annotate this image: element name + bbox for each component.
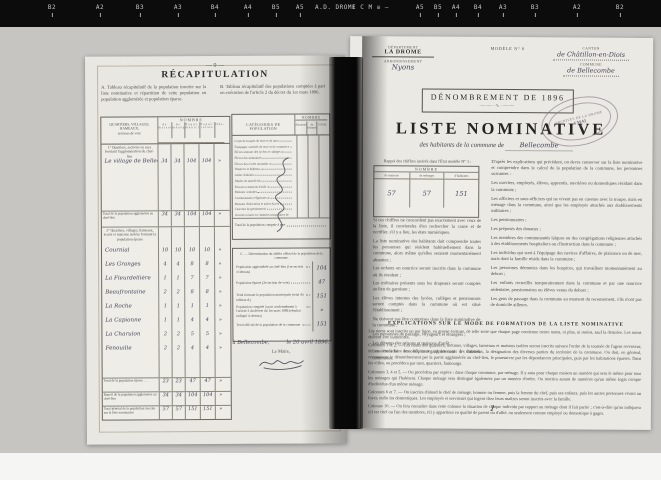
ruler-label: B2 [48, 4, 56, 11]
subcol-municipale: Popul. municipale [184, 122, 199, 138]
cell-value: 5 [199, 331, 214, 345]
category-label: Hospices et hôpitaux [235, 167, 261, 171]
name-header-line1: QUARTIERS, VILLAGES, HAMEAUX, [101, 122, 157, 131]
cell-value: 8 [184, 261, 199, 275]
category-label: Communautés religieuses [235, 196, 267, 200]
explications-paragraphs: Les noms sont inscrits un par ligne, en … [368, 328, 642, 417]
table-a-header: QUARTIERS, VILLAGES, HAMEAUX, sections d… [101, 117, 229, 145]
cell-value: » [214, 331, 225, 345]
subcol-totale: Popul. totale [199, 122, 214, 138]
fine-print-paragraph: Les pensionnaires ; [491, 217, 642, 224]
cell-value: 10 [158, 247, 171, 261]
cell-value: » [215, 378, 226, 391]
rappel-title: Rappel des chiffres insérés dans l'État … [373, 158, 481, 164]
fine-print-paragraph: Les gens de passage dans la commune au m… [491, 295, 642, 308]
signature-place: à Bellecombe, [232, 340, 269, 346]
cell-value: 1 [158, 317, 171, 331]
explication-paragraph: Colonnes 3, 4 et 5. — On procédera par e… [368, 369, 641, 388]
spacer-row [102, 174, 230, 211]
cell-value: 4 [184, 345, 199, 359]
table-row: Le village de Bellecombe 34 34 104 104 » [102, 158, 230, 175]
category-label: Élèves des séminaires [235, 156, 262, 160]
commune-value: de Bellecombe [563, 66, 619, 76]
fine-print-paragraph: Les militaires présents sous les drapeau… [373, 280, 481, 293]
ruler-label: A3 [499, 4, 507, 11]
spacer-row [103, 359, 231, 378]
cell-value: » [214, 289, 225, 303]
fine-print-paragraph: Les personnes démunies dans les hospices… [491, 265, 642, 278]
ornament-flourish: ——·∿·—— [480, 103, 515, 109]
ruler-label: B4 [211, 4, 219, 11]
hamlet-name: Les Granges [102, 261, 158, 275]
row-label: Population agglomérée au chef-lieu (1re … [236, 265, 304, 273]
cell-value: 5 [184, 331, 199, 345]
cell-value: 2 [171, 331, 184, 345]
category-label: Corps de troupes de terre et de mer [234, 139, 277, 143]
cell-value: 34 [171, 211, 184, 226]
cell-value: 151 [443, 180, 478, 208]
right-page-liste-nominative: DÉPARTEMENT LA DROME ARRONDISSEMENT Nyon… [348, 36, 653, 430]
cell-value: 47 [200, 378, 215, 391]
category-label: Maisons centrales [235, 190, 257, 194]
row-label: Total officiel de la population de la co… [236, 323, 300, 327]
table-row: La Fleurdellière 1 1 7 7 » [102, 275, 230, 290]
cell-value: » [214, 303, 225, 317]
ruler-label: B3 [136, 4, 144, 11]
cell-value: 34 [159, 392, 172, 405]
hamlet-name: La Roche [102, 303, 158, 317]
explications-body: Les noms sont inscrits un par ligne, en … [368, 328, 642, 414]
table-row: La Roche 1 1 1 1 » [102, 303, 230, 318]
cell-value: 1 [171, 317, 184, 331]
subcol-habitants: d'habitants [444, 173, 479, 179]
cell-value: 34 [172, 392, 185, 405]
ruler-label: A5 [416, 4, 424, 11]
mayor-signature [255, 355, 307, 371]
subcol-obs: Obs. [214, 122, 224, 138]
fine-print-paragraph: Les élèves internes des lycées, collèges… [373, 295, 481, 314]
table-a-quartiers: QUARTIERS, VILLAGES, HAMEAUX, sections d… [100, 116, 232, 421]
total-row: Total général de la population inscrite … [103, 405, 231, 420]
cell-value: 10 [171, 247, 184, 261]
cell-value: 2 [158, 345, 171, 359]
cell-value: 2 [158, 289, 171, 303]
fine-print-paragraph: Les enfants recueillis temporairement da… [491, 280, 642, 293]
fine-print-paragraph: Les membres des communautés laïques ou d… [491, 235, 642, 248]
cell-value: 4 [184, 317, 199, 331]
cell-value: 151 [185, 406, 200, 419]
hamlet-name: Beaufrontaine [102, 289, 158, 303]
note-a: A. Tableau récapitulatif de la populatio… [101, 84, 206, 103]
scale-label: I C M ≡ — [352, 4, 389, 11]
fine-print-paragraph: Les préposés des douanes ; [491, 226, 642, 233]
nombre-header: NOMBRE de maisons de ménages Popul. muni… [157, 117, 224, 143]
cell-value: 104 [184, 211, 199, 226]
explication-paragraph: Colonnes 1 et 2. — Les noms des quartier… [368, 343, 641, 368]
cell-value: 2 [171, 289, 184, 303]
ruler-label: A3 [174, 4, 182, 11]
total-agglomerated-row: Total de la population agglomérée au che… [102, 210, 230, 228]
total-label: Total général de la population inscrite … [103, 406, 159, 419]
table-row: Fenouille 2 2 4 4 » [102, 345, 230, 360]
hamlet-name: La Fleurdellière [102, 275, 158, 289]
table-row: Beaufrontaine 2 2 8 8 » [102, 289, 230, 304]
explication-paragraph: Colonne 10. — On fera connaître dans cet… [368, 404, 641, 418]
cell-value: 57 [172, 406, 185, 419]
category-label: Dépôts de mendicité [235, 179, 260, 183]
cell-value: 57 [159, 406, 172, 419]
cell-value: 1 [158, 303, 171, 317]
cell-value: 4 [171, 261, 184, 275]
cell-value: 104 [185, 392, 200, 405]
table-a-agglomerated-rows: Le village de Bellecombe 34 34 104 104 » [102, 158, 230, 175]
cell-value: 4 [199, 317, 214, 331]
cell-value: 34 [158, 211, 171, 226]
fine-print-paragraph: Si ces chiffres ne concordent pas exacte… [373, 217, 481, 236]
total-row: Total de la population éparse . . . . 23… [103, 377, 231, 392]
fine-print-paragraph: Les ouvriers, employés, élèves, apprenti… [491, 180, 642, 193]
gutter-shadow-right-page [360, 36, 388, 428]
table-row: Cournial 10 10 10 10 » [102, 247, 230, 262]
explication-paragraph: Les noms sont inscrits un par ligne, en … [368, 328, 641, 342]
rappel-table: NOMBRE de maisons de ménages d'habitants… [373, 165, 479, 218]
cell-value: 23 [159, 378, 172, 391]
cell-value: 104 [199, 158, 214, 174]
cell-value: 1 [184, 303, 199, 317]
fine-print-paragraph: D'après les explications qui précèdent, … [491, 159, 642, 178]
handwritten-brace-mark [267, 156, 297, 236]
cell-value: » [214, 247, 225, 261]
table-a-grand-totals: Total de la population éparse . . . . 23… [103, 377, 231, 420]
section2-label: 2° Quartiers, villages, hameaux, écarts … [102, 227, 158, 247]
ruler-label: B5 [272, 4, 280, 11]
ruler-label: A2 [96, 4, 104, 11]
ruler-label: A4 [452, 4, 460, 11]
left-column: Rappel des chiffres insérés dans l'État … [372, 158, 481, 317]
table-a-sparse-rows: Cournial 10 10 10 10 » Les Granges 4 4 8… [102, 247, 231, 360]
cell-value: 10 [199, 247, 214, 261]
cell-value: 8 [184, 289, 199, 303]
cell-value: 10 [184, 247, 199, 261]
cell-value: » [214, 211, 225, 226]
cell-value: 23 [172, 378, 185, 391]
cell-value: 104 [184, 158, 199, 174]
intro-notes: A. Tableau récapitulatif de la populatio… [101, 83, 325, 103]
canton-value: de Châtillon-en-Diois [553, 50, 629, 60]
cell-value: 2 [158, 331, 171, 345]
table-row: La Capionne 1 1 4 4 » [102, 317, 230, 332]
table-a-name-header: QUARTIERS, VILLAGES, HAMEAUX, sections d… [101, 117, 157, 143]
cell-value: » [214, 261, 225, 275]
cell-value: 1 [158, 275, 171, 289]
subtitle-prefix: des habitants de la commune de [420, 142, 504, 150]
section1-row: 1° Quartiers, sections ou rues formant l… [101, 144, 229, 159]
hamlet-name: Cournial [102, 247, 158, 261]
book-gutter-shadow [329, 57, 363, 429]
total-label: Total de la population éparse . . . . [103, 378, 159, 391]
cell-value: 34 [158, 158, 171, 174]
ruler-label: A5 [296, 4, 304, 11]
row-label: Population éparse (2e section de vote) [236, 281, 289, 285]
subcol-maisons: de maisons [158, 122, 171, 138]
ruler-label: A4 [244, 4, 252, 11]
name-header-line2: sections de vote [101, 131, 157, 136]
cell-value: » [214, 345, 225, 359]
cell-value: 151 [200, 406, 215, 419]
right-column-paragraphs: D'après les explications qui précèdent, … [491, 159, 643, 309]
right-page-header: DÉPARTEMENT LA DROME ARRONDISSEMENT Nyon… [372, 45, 643, 91]
cell-value: 7 [199, 275, 214, 289]
cell-value: 57 [409, 179, 444, 207]
fine-print-paragraph: La liste nominative des habitants doit c… [373, 238, 481, 263]
subcol-menages: de ménages [409, 172, 444, 178]
ruler-label: B3 [531, 4, 539, 11]
table-row: Les Granges 4 4 8 8 » [102, 261, 230, 276]
cell-value: 34 [171, 158, 184, 174]
right-column: D'après les explications qui précèdent, … [490, 159, 642, 318]
ruler-label: B2 [616, 4, 624, 11]
cell-value: 4 [199, 345, 214, 359]
cell-value: 4 [158, 261, 171, 275]
category-label: Équipages casernés de terre et de commer… [234, 144, 289, 148]
cell-value: 1 [199, 303, 214, 317]
cell-value: » [214, 317, 225, 331]
row-label: Population comptée à part conformément à… [236, 305, 304, 317]
category-label: Élèves des écoles normales [235, 161, 269, 165]
total-label: Report de la population agglomérée au ch… [103, 392, 159, 405]
category-label: Élèves internes des lycées et collèges [234, 150, 280, 154]
cell-value: 1 [171, 275, 184, 289]
category-label: Prisons et maisons d'arrêt [235, 184, 267, 188]
hamlet-name: Fenouille [102, 345, 158, 359]
category-label: Casernes de gendarmerie [235, 207, 266, 211]
total-row: Report de la population agglomérée au ch… [103, 391, 231, 406]
cell-value: 104 [200, 392, 215, 405]
fine-print-paragraph: Les enfants en nourrice seront inscrits … [373, 266, 481, 279]
explication-paragraph: Colonnes 6 et 7. — On inscrira d'abord l… [368, 389, 641, 403]
stamp-number: N° [578, 123, 583, 128]
cell-value: » [215, 406, 226, 419]
canton-commune-block: CANTON de Châtillon-en-Diois COMMUNE de … [545, 46, 637, 77]
categories-header: CATÉGORIES DE POPULATION [232, 115, 294, 135]
ruler-label: B4 [474, 4, 482, 11]
table-row: La Charulon 2 2 5 5 » [102, 331, 230, 346]
archive-label: A.D. DROME [315, 4, 356, 11]
cell-value: 2 [171, 345, 184, 359]
hamlet-name: La Charulon [102, 331, 158, 345]
cell-value: 1 [171, 303, 184, 317]
cell-value: 8 [199, 289, 214, 303]
cell-value: 8 [199, 261, 214, 275]
fine-print-paragraph: Les individus qui sont à l'équipage des … [491, 250, 642, 263]
total-label: Total de la population agglomérée au che… [102, 211, 158, 226]
hamlet-name: La Capionne [102, 317, 158, 331]
section2-row: 2° Quartiers, villages, hameaux, écarts … [102, 227, 230, 248]
category-label: Asiles d'aliénés [235, 173, 254, 177]
denombrement-title: DÉNOMBREMENT DE 1896 [431, 93, 565, 103]
ruler-label: B5 [434, 4, 442, 11]
two-column-body: Rappel des chiffres insérés dans l'État … [372, 158, 642, 318]
microfilm-ruler-bar: B2 A2 B3 A3 B4 A4 B5 A5 A.D. DROME I C M… [0, 0, 661, 27]
cell-value: 47 [185, 378, 200, 391]
hamlet-name: Le village de Bellecombe [102, 158, 158, 174]
ruler-label: A2 [573, 4, 581, 11]
cell-value: » [214, 275, 225, 289]
section1-label: 1° Quartiers, sections ou rues formant l… [101, 144, 157, 158]
row-label: Total formant la population municipale (… [236, 293, 304, 301]
cell-value: » [215, 392, 226, 405]
rappel-values: 57 57 151 [374, 179, 478, 208]
subcol-menages: de ménages [171, 122, 184, 138]
left-page-recapitulation: — 9 — RÉCAPITULATION A. Tableau récapitu… [85, 55, 347, 444]
cell-value: 104 [199, 211, 214, 226]
cell-value: » [214, 158, 225, 174]
table-a-subcolumns: de maisons de ménages Popul. municipale … [158, 122, 224, 138]
cell-value: 7 [184, 275, 199, 289]
fine-print-paragraph: Les officiers et sous-officiers qui ne v… [491, 195, 642, 214]
